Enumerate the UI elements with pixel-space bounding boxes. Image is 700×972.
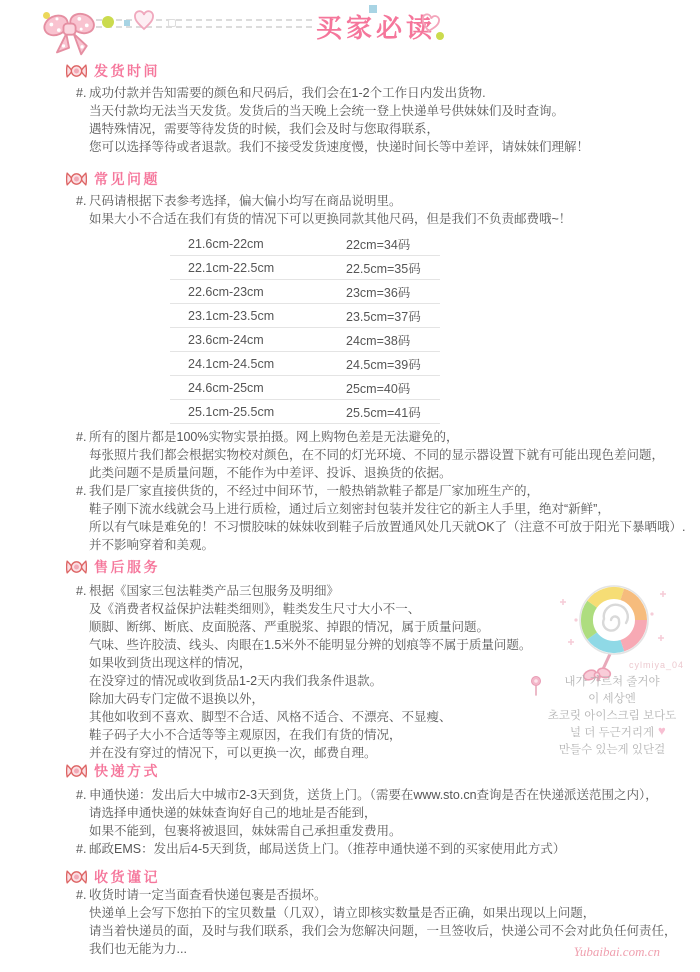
text-line-content: 快递单上会写下您拍下的宝贝数量（几双），请立即核实数量是否正确，如果出现以上问题… [89, 906, 595, 920]
size-range-cell: 22.6cm-23cm [170, 285, 346, 299]
size-table-row: 21.6cm-22cm22cm=34码 [170, 232, 440, 256]
section-header-shipping-time: 发货时间 [66, 62, 160, 80]
bullet-mark: #. [76, 84, 86, 102]
heart-outline-icon [133, 10, 155, 32]
text-line: 此类问题不是质量问题，不能作为中差评、投诉、退换货的依据。 [76, 464, 694, 482]
text-line-content: 在没穿过的情况或收到货品1-2天内我们我条件退款。 [89, 674, 382, 688]
text-line-content: 尺码请根据下表参考选择，偏大偏小均写在商品说明里。 [89, 194, 402, 208]
text-line-content: 如果大小不合适在我们有货的情况下可以更换同款其他尺码，但是我们不负责邮费哦~！ [89, 212, 571, 226]
text-line: 并在没有穿过的情况下，可以更换一次，邮费自理。 [76, 744, 536, 762]
size-code-cell: 24cm=38码 [346, 331, 440, 349]
size-code-cell: 24.5cm=39码 [346, 355, 440, 373]
section-title: 售后服务 [94, 557, 160, 577]
text-line: 气味、些许胶渍、线头、肉眼在1.5米外不能明显分辨的划痕等不属于质量问题。 [76, 636, 536, 654]
text-line-content: 顺脚、断绑、断底、皮面脱落、严重脱浆、掉跟的情况，属于质量问题。 [89, 620, 489, 634]
text-line-content: 每张照片我们都会根据实物校对颜色，在不同的灯光环境、不同的显示器设置下就有可能出… [89, 448, 664, 462]
text-line-content: 其他如收到不喜欢、脚型不合适、风格不适合、不漂亮、不显瘦、 [89, 710, 452, 724]
text-line: 所以有气味是难免的！不习惯胶味的妹妹收到鞋子后放置通风处几天就OK了（注意不可放… [76, 518, 694, 536]
text-line-content: 请当着快递员的面，及时与我们联系，我们会为您解决问题，一旦签收后，快递公司不会对… [89, 924, 677, 938]
text-line: 如果不能到，包裹将被退回，妹妹需自己承担重发费用。 [76, 822, 694, 840]
green-dot [102, 16, 114, 28]
text-line: 除加大码专门定做不退换以外， [76, 690, 536, 708]
size-table-row: 25.1cm-25.5cm25.5cm=41码 [170, 400, 440, 424]
lollipop-icon [542, 580, 674, 686]
size-table-row: 22.1cm-22.5cm22.5cm=35码 [170, 256, 440, 280]
text-line: 请选择申通快递的妹妹查询好自己的地址是否能到， [76, 804, 694, 822]
section-header-after-sales: 售后服务 [66, 558, 160, 576]
candy-icon [66, 559, 87, 575]
text-line-content: 鞋子刚下流水线就会马上进行质检，通过后立刻密封包装并发往它的新主人手里，绝对“新… [89, 502, 610, 516]
size-range-cell: 22.1cm-22.5cm [170, 261, 346, 275]
text-line-content: 成功付款并告知需要的颜色和尺码后，我们会在1-2个工作日内发出货物. [89, 86, 486, 100]
text-line-content: 我们是厂家直接供货的，不经过中间环节，一般热销款鞋子都是厂家加班生产的， [89, 484, 539, 498]
text-line: #.收货时请一定当面查看快递包裹是否损坏。 [76, 886, 694, 904]
size-chart-table: 21.6cm-22cm22cm=34码22.1cm-22.5cm22.5cm=3… [170, 232, 440, 424]
bullet-mark: #. [76, 786, 86, 804]
lollipop-decoration: cylmiya_04 내가 가르쳐 줄거야이 세상엔초코릿 아이스크림 보다도널… [528, 580, 696, 765]
text-line: 每张照片我们都会根据实物校对颜色，在不同的灯光环境、不同的显示器设置下就有可能出… [76, 446, 694, 464]
text-line: #.我们是厂家直接供货的，不经过中间环节，一般热销款鞋子都是厂家加班生产的， [76, 482, 694, 500]
text-line-content: 请选择申通快递的妹妹查询好自己的地址是否能到， [89, 806, 377, 820]
text-line: 请当着快递员的面，及时与我们联系，我们会为您解决问题，一旦签收后，快递公司不会对… [76, 922, 694, 940]
deco-text-line: 이 세상엔 [528, 691, 696, 708]
text-line: 当天付款均无法当天发货。发货后的当天晚上会统一登上快递单号供妹妹们及时查询。 [76, 102, 694, 120]
blue-square-accent [369, 5, 377, 13]
section-body-delivery: #.申通快递：发出后大中城市2-3天到货，送货上门。（需要在www.sto.cn… [76, 786, 694, 858]
candy-icon [66, 869, 87, 885]
text-line-content: 根据《国家三包法鞋类产品三包服务及明细》 [89, 584, 339, 598]
watermark-text: Yubaibai.com.cn [574, 944, 660, 960]
text-line-content: 并不影响穿着和美观。 [89, 538, 214, 552]
text-line: #.邮政EMS：发出后4-5天到货，邮局送货上门。（推荐申通快递不到的买家使用此… [76, 840, 694, 858]
text-line-content: 及《消费者权益保护法鞋类细则》，鞋类发生尺寸大小不一、 [89, 602, 420, 616]
section-header-delivery: 快递方式 [66, 762, 160, 780]
bullet-mark: #. [76, 482, 86, 500]
text-line-content: 气味、些许胶渍、线头、肉眼在1.5米外不能明显分辨的划痕等不属于质量问题。 [89, 638, 531, 652]
text-line: 及《消费者权益保护法鞋类细则》，鞋类发生尺寸大小不一、 [76, 600, 536, 618]
deco-text-line: 널 더 두근거리게 [528, 725, 696, 742]
size-range-cell: 24.6cm-25cm [170, 381, 346, 395]
green-dot-small [436, 32, 444, 40]
text-line: #.根据《国家三包法鞋类产品三包服务及明细》 [76, 582, 536, 600]
deco-text-line: 내가 가르쳐 줄거야 [528, 674, 696, 691]
text-line: 并不影响穿着和美观。 [76, 536, 694, 554]
text-line-content: 除加大码专门定做不退换以外， [89, 692, 264, 706]
korean-note-text: 내가 가르쳐 줄거야이 세상엔초코릿 아이스크림 보다도널 더 두근거리게만들수… [528, 674, 696, 759]
blue-square-dot [124, 20, 130, 26]
pink-bow-icon [42, 4, 98, 58]
size-code-cell: 25cm=40码 [346, 379, 440, 397]
candy-icon [66, 763, 87, 779]
size-table-row: 23.6cm-24cm24cm=38码 [170, 328, 440, 352]
text-line: 鞋子刚下流水线就会马上进行质检，通过后立刻密封包装并发往它的新主人手里，绝对“新… [76, 500, 694, 518]
text-line: 遇特殊情况，需要等待发货的时候，我们会及时与您取得联系， [76, 120, 694, 138]
bullet-mark: #. [76, 840, 86, 858]
candy-icon [66, 171, 87, 187]
text-line: #.成功付款并告知需要的颜色和尺码后，我们会在1-2个工作日内发出货物. [76, 84, 694, 102]
text-line: 其他如收到不喜欢、脚型不合适、风格不适合、不漂亮、不显瘦、 [76, 708, 536, 726]
text-line-content: 我们也无能为力... [89, 942, 187, 956]
deco-text-line: 초코릿 아이스크림 보다도 [528, 708, 696, 725]
size-code-cell: 23.5cm=37码 [346, 307, 440, 325]
text-line-content: 鞋子码子大小不合适等等主观原因，在我们有货的情况， [89, 728, 402, 742]
size-table-row: 22.6cm-23cm23cm=36码 [170, 280, 440, 304]
deco-text-line: 만들수 있는게 있단걸 [528, 742, 696, 759]
size-code-cell: 23cm=36码 [346, 283, 440, 301]
size-range-cell: 24.1cm-24.5cm [170, 357, 346, 371]
text-line-content: 如果不能到，包裹将被退回，妹妹需自己承担重发费用。 [89, 824, 402, 838]
text-line-content: 邮政EMS：发出后4-5天到货，邮局送货上门。（推荐申通快递不到的买家使用此方式… [89, 842, 565, 856]
size-range-cell: 21.6cm-22cm [170, 237, 346, 251]
text-line: #.所有的图片都是100%实物实景拍摄。网上购物色差是无法避免的， [76, 428, 694, 446]
size-range-cell: 25.1cm-25.5cm [170, 405, 346, 419]
text-line-content: 此类问题不是质量问题，不能作为中差评、投诉、退换货的依据。 [89, 466, 452, 480]
deco-credit-text: cylmiya_04 [629, 660, 684, 670]
section-title: 发货时间 [94, 61, 160, 81]
section-title: 快递方式 [94, 761, 160, 781]
size-table-row: 24.1cm-24.5cm24.5cm=39码 [170, 352, 440, 376]
section-body-faq-notes: #.所有的图片都是100%实物实景拍摄。网上购物色差是无法避免的，每张照片我们都… [76, 428, 694, 554]
size-range-cell: 23.6cm-24cm [170, 333, 346, 347]
section-header-faq: 常见问题 [66, 170, 160, 188]
text-line-content: 申通快递：发出后大中城市2-3天到货，送货上门。（需要在www.sto.cn查询… [89, 788, 658, 802]
size-table-row: 23.1cm-23.5cm23.5cm=37码 [170, 304, 440, 328]
section-title: 常见问题 [94, 169, 160, 189]
bullet-mark: #. [76, 886, 86, 904]
section-body-faq-intro: #.尺码请根据下表参考选择，偏大偏小均写在商品说明里。如果大小不合适在我们有货的… [76, 192, 694, 228]
size-code-cell: 25.5cm=41码 [346, 403, 440, 421]
text-line: 如果收到货出现这样的情况， [76, 654, 536, 672]
text-line: #.尺码请根据下表参考选择，偏大偏小均写在商品说明里。 [76, 192, 694, 210]
text-line: 您可以选择等待或者退款。我们不接受发货速度慢，快递时间长等中差评，请妹妹们理解！ [76, 138, 694, 156]
bullet-mark: #. [76, 428, 86, 446]
text-line: 鞋子码子大小不合适等等主观原因，在我们有货的情况， [76, 726, 536, 744]
text-line-content: 所有的图片都是100%实物实景拍摄。网上购物色差是无法避免的， [89, 430, 458, 444]
text-line-content: 收货时请一定当面查看快递包裹是否损坏。 [89, 888, 327, 902]
size-code-cell: 22.5cm=35码 [346, 259, 440, 277]
small-ring-dot [168, 19, 176, 27]
text-line-content: 遇特殊情况，需要等待发货的时候，我们会及时与您取得联系， [89, 122, 439, 136]
bullet-mark: #. [76, 582, 86, 600]
text-line-content: 如果收到货出现这样的情况， [89, 656, 252, 670]
candy-icon [66, 63, 87, 79]
text-line-content: 并在没有穿过的情况下，可以更换一次，邮费自理。 [89, 746, 377, 760]
buyer-notice-page: 买家必读 发货时间 #.成功付款并告知需要的颜色和尺码后，我们会在1-2个工作日… [0, 0, 700, 972]
section-title: 收货谨记 [94, 867, 160, 887]
deco-heart-icon: ♥ [658, 723, 666, 738]
size-range-cell: 23.1cm-23.5cm [170, 309, 346, 323]
page-title: 买家必读 [316, 8, 436, 45]
text-line: 如果大小不合适在我们有货的情况下可以更换同款其他尺码，但是我们不负责邮费哦~！ [76, 210, 694, 228]
text-line: 快递单上会写下您拍下的宝贝数量（几双），请立即核实数量是否正确，如果出现以上问题… [76, 904, 694, 922]
text-line-content: 所以有气味是难免的！不习惯胶味的妹妹收到鞋子后放置通风处几天就OK了（注意不可放… [89, 520, 686, 534]
text-line-content: 您可以选择等待或者退款。我们不接受发货速度慢，快递时间长等中差评，请妹妹们理解！ [89, 140, 589, 154]
size-code-cell: 22cm=34码 [346, 235, 440, 253]
section-header-receiving: 收货谨记 [66, 868, 160, 886]
text-line: #.申通快递：发出后大中城市2-3天到货，送货上门。（需要在www.sto.cn… [76, 786, 694, 804]
bullet-mark: #. [76, 192, 86, 210]
text-line: 在没穿过的情况或收到货品1-2天内我们我条件退款。 [76, 672, 536, 690]
text-line: 顺脚、断绑、断底、皮面脱落、严重脱浆、掉跟的情况，属于质量问题。 [76, 618, 536, 636]
section-body-after-sales: #.根据《国家三包法鞋类产品三包服务及明细》及《消费者权益保护法鞋类细则》，鞋类… [76, 582, 536, 762]
text-line-content: 当天付款均无法当天发货。发货后的当天晚上会统一登上快递单号供妹妹们及时查询。 [89, 104, 564, 118]
size-table-row: 24.6cm-25cm25cm=40码 [170, 376, 440, 400]
section-body-shipping-time: #.成功付款并告知需要的颜色和尺码后，我们会在1-2个工作日内发出货物.当天付款… [76, 84, 694, 156]
